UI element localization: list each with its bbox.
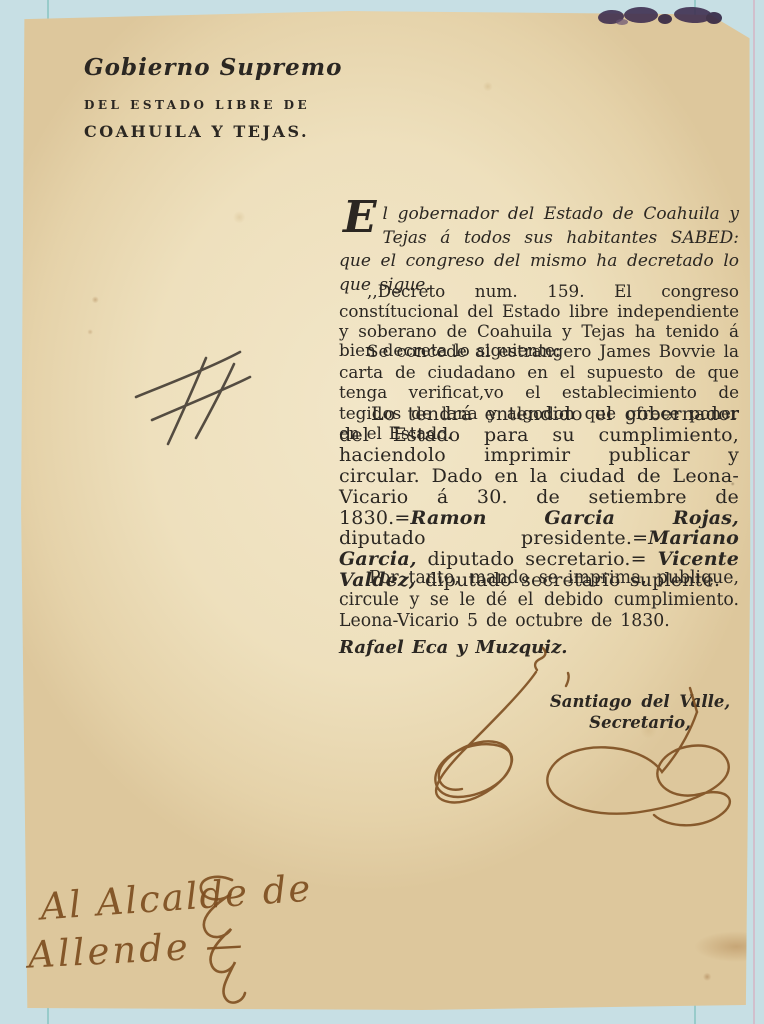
letterhead-state-name: COAHUILA Y TEJAS. (84, 122, 314, 141)
mat-gridline (753, 0, 755, 1024)
secretary-printed-title: Secretario, (545, 713, 735, 732)
execution-paragraph: Lo tendrá entendido el gobernador del Es… (339, 404, 739, 590)
deputy-president-name: Ramon Garcia Rojas, (411, 507, 739, 529)
promulgation-paragraph: Por tanto, mando se imprima, publique, c… (339, 568, 739, 633)
execution-text: diputado secretario.= (417, 548, 658, 570)
secretary-block: Santiago del Valle, Secretario, (545, 692, 735, 732)
secretary-printed-name: Santiago del Valle, (545, 692, 735, 711)
governor-printed-signature: Rafael Eca y Muzquiz. (339, 637, 739, 658)
drop-cap-initial: E (343, 203, 377, 229)
letterhead-state-line: DEL ESTADO LIBRE DE (84, 98, 314, 112)
letterhead-agency: Gobierno Supremo (84, 54, 314, 81)
execution-text: diputado presidente.= (339, 527, 648, 549)
document-scan: Gobierno Supremo DEL ESTADO LIBRE DE COA… (0, 0, 764, 1024)
letterhead: Gobierno Supremo DEL ESTADO LIBRE DE COA… (84, 54, 314, 141)
